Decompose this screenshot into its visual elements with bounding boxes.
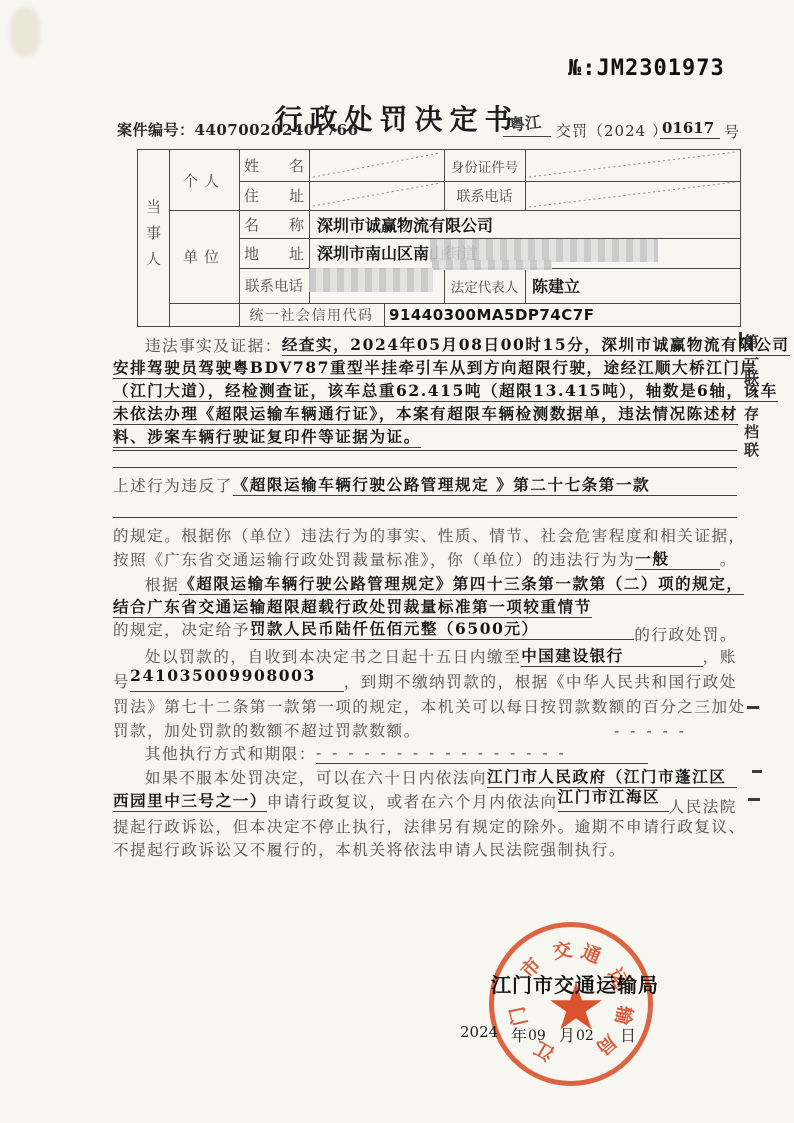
bank-name: 中国建设银行	[521, 646, 624, 667]
printed-text: ，账	[703, 647, 737, 667]
seal-ring-char: 江	[529, 1035, 559, 1068]
appeal-line-1: 如果不服本处罚决定，可以在六十日内依法向江门市人民政府（江门市蓬江区	[113, 766, 737, 788]
blank-fill	[660, 811, 668, 812]
printed-text: ，到期不缴纳罚款的，根据《中华人民共和国行政处	[344, 672, 737, 692]
dashed-blank: - - - - - - - - - - - - - - - -	[316, 743, 648, 764]
seal-ring-char: 运	[603, 962, 636, 992]
seal-ring-char: 市	[514, 951, 547, 983]
violation-prefix: 上述行为违反了	[113, 476, 233, 496]
penalty-line: 的规定，决定给予罚款人民币陆仟伍佰元整（6500元）的行政处罚。	[113, 618, 737, 640]
printed-text: 处以罚款的，自收到本决定书之日起十五日内缴至	[113, 647, 521, 667]
severity-value: 一般	[635, 549, 669, 570]
printed-text: 号	[113, 672, 130, 692]
violation-line: 上述行为违反了《超限运输车辆行驶公路管理规定 》第二十七条第一款	[113, 474, 737, 496]
seal-ring-char: 输	[610, 1003, 640, 1027]
blank-fill	[726, 787, 737, 788]
appeal-line-2: 西园里中三号之一）申请行政复议，或者在六个月内依法向江门市江海区人民法院	[113, 790, 737, 812]
facts-line-3: （江门大道），经检测查证，该车总重62.415吨（超限13.415吨），轴数是6…	[113, 380, 737, 402]
review-authority-address: 西园里中三号之一）	[113, 791, 267, 812]
facts-text: 未依法办理《超限运输车辆通行证》，本案有超限车辆检测数据单，违法情况陈述材	[113, 404, 738, 425]
doc-number-suffix: 号	[724, 121, 739, 142]
scan-mark	[748, 798, 760, 801]
document-serial-number: №:JM2301973	[568, 56, 725, 81]
doc-number-region-underline	[503, 136, 551, 137]
facts-text: 料、涉案车辆行驶证复印件等证据为证。	[113, 427, 421, 448]
blank-fill	[650, 495, 737, 496]
stray-dashes: - - - - -	[614, 719, 744, 741]
facts-line-5: 料、涉案车辆行驶证复印件等证据为证。	[113, 426, 737, 448]
fine-amount: 罚款人民币陆仟伍佰元整（6500元）	[250, 619, 539, 640]
blank-fill	[624, 666, 703, 667]
blank-cell-slashes	[137, 149, 739, 325]
blank-fill	[670, 569, 720, 570]
violation-regulation: 《超限运输车辆行驶公路管理规定 》第二十七条第一款	[233, 475, 650, 496]
printed-text: 的规定。根据你（单位）违法行为的事实、性质、情节、社会危害程度和相关证据，	[113, 526, 746, 546]
payment-line-1: 处以罚款的，自收到本决定书之日起十五日内缴至中国建设银行，账	[113, 645, 737, 667]
penalty-decision-document: №:JM2301973 行政处罚决定书 案件编号：440700202401766…	[0, 0, 794, 1123]
doc-number-region-stamp: 粤江	[508, 109, 542, 135]
dash-marks: - - - - -	[614, 721, 687, 741]
other-execution-label: 其他执行方式和期限：	[113, 744, 316, 764]
basis-regulation: 《超限运输车辆行驶公路管理规定》第四十三条第一款第（二）项的规定，	[179, 574, 743, 595]
printed-text: 提起行政诉讼，但本决定不停止执行，法律另有规定的除外。逾期不申请行政复议、	[113, 817, 746, 837]
court-name-value: 江门市江海区	[558, 787, 661, 807]
appeal-line-3: 提起行政诉讼，但本决定不停止执行，法律另有规定的除外。逾期不申请行政复议、	[113, 815, 737, 837]
printed-text: 人民法院	[669, 797, 737, 817]
scan-mark	[752, 770, 762, 773]
doc-number-value: 01617	[660, 119, 720, 139]
facts-text: 安排驾驶员驾驶粤BDV787重型半挂牵引车从到方向超限行驶，途经江顺大桥江门岸	[113, 358, 758, 379]
account-number: 241035009908003	[130, 671, 316, 692]
blank-rule	[113, 517, 737, 518]
address-redaction-blur	[432, 260, 552, 270]
seal-ring-char: 局	[591, 1029, 623, 1062]
payment-line-3: 罚法》第七十二条第一款第一项的规定，本机关可以每日按罚款数额的百分之三加处	[113, 695, 737, 717]
blank-fill	[316, 691, 344, 692]
appeal-line-4: 不提起行政诉讼又不履行的，本机关将依法申请人民法院强制执行。	[113, 838, 737, 860]
account-number-value: 241035009908003	[130, 666, 316, 686]
seal-ring-char: 通	[578, 937, 606, 969]
printed-text: 如果不服本处罚决定，可以在六十日内依法向	[113, 768, 487, 788]
seal-star-icon	[549, 982, 603, 1034]
printed-text: 的规定，决定给予	[113, 620, 250, 640]
review-authority: 江门市人民政府（江门市蓬江区	[487, 767, 726, 788]
scan-smudge	[10, 8, 40, 56]
basis-standard: 结合广东省交通运输超限超载行政处罚裁量标准第一项较重情节	[113, 597, 592, 618]
facts-text: （江门大道），经检测查证，该车总重62.415吨（超限13.415吨），轴数是6…	[113, 381, 778, 402]
printed-text: 罚款，加处罚款的数额不超过罚款数额。	[113, 721, 421, 741]
basis-line-2: 结合广东省交通运输超限超载行政处罚裁量标准第一项较重情节	[113, 596, 737, 618]
seal-ring-char: 门	[502, 1004, 533, 1029]
address-redaction-blur	[430, 239, 658, 262]
printed-text: 按照《广东省交通运输行政处罚裁量标准》，你（单位）的违法行为为	[113, 550, 635, 570]
doc-number-prefix: 交罚（2024 ）	[556, 120, 668, 141]
facts-line-1: 违法事实及证据：经查实，2024年05月08日00时15分，深圳市诚赢物流有限公…	[113, 334, 737, 356]
blank-rule	[113, 450, 737, 451]
printed-text: 根据	[113, 575, 179, 595]
facts-label: 违法事实及证据：	[113, 336, 282, 356]
discretion-line-1: 的规定。根据你（单位）违法行为的事实、性质、情节、社会危害程度和相关证据，	[113, 524, 737, 546]
facts-line-4: 未依法办理《超限运输车辆通行证》，本案有超限车辆检测数据单，违法情况陈述材	[113, 403, 737, 425]
blank-rule	[113, 467, 737, 468]
court-name: 江门市江海区	[558, 791, 661, 812]
payment-line-2: 号241035009908003，到期不缴纳罚款的，根据《中华人民共和国行政处	[113, 670, 737, 692]
official-red-seal: 江 门 市 交 通 运 输 局	[489, 922, 653, 1086]
facts-text: 经查实，2024年05月08日00时15分，深圳市诚赢物流有限公司	[282, 335, 790, 356]
printed-text: 申请行政复议，或者在六个月内依法向	[267, 792, 558, 812]
printed-text: 罚法》第七十二条第一款第一项的规定，本机关可以每日按罚款数额的百分之三加处	[113, 697, 746, 717]
case-number: 案件编号：440700202401766	[117, 119, 359, 140]
printed-text: 不提起行政诉讼又不履行的，本机关将依法申请人民法院强制执行。	[113, 840, 626, 860]
printed-text: 。	[720, 550, 737, 570]
basis-line-1: 根据《超限运输车辆行驶公路管理规定》第四十三条第一款第（二）项的规定，	[113, 573, 737, 595]
discretion-line-2: 按照《广东省交通运输行政处罚裁量标准》，你（单位）的违法行为为一般。	[113, 548, 737, 570]
facts-line-2: 安排驾驶员驾驶粤BDV787重型半挂牵引车从到方向超限行驶，途经江顺大桥江门岸	[113, 357, 737, 379]
seal-ring-char: 交	[551, 935, 574, 965]
printed-text: 的行政处罚。	[634, 625, 737, 645]
scan-mark	[747, 706, 759, 709]
other-execution-line: 其他执行方式和期限：- - - - - - - - - - - - - - - …	[113, 742, 737, 764]
blank-fill	[539, 639, 635, 640]
phone-redaction-blur	[309, 268, 433, 292]
